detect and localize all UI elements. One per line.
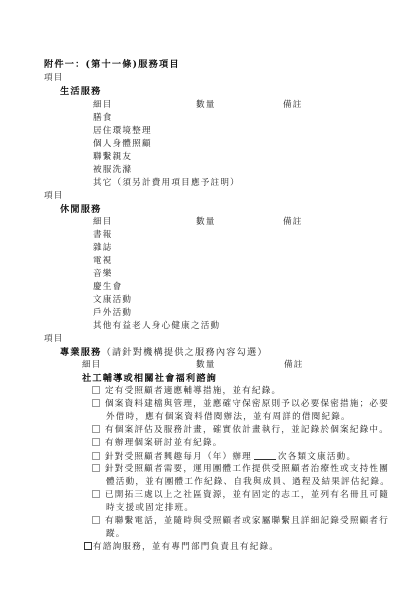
checklist-text-continuation: 時支援或固定排班。 xyxy=(106,502,194,515)
checkbox[interactable] xyxy=(92,516,100,524)
list-item: 雜誌 xyxy=(93,242,113,255)
item-label: 項目 xyxy=(44,190,64,203)
checkbox[interactable] xyxy=(92,399,100,407)
checklist-item: 有辦理個案研討並有紀錄。 xyxy=(92,437,223,450)
checklist-text: 有諮詢服務，並有專門部門負責且有紀錄。 xyxy=(93,542,279,552)
list-item: 戶外活動 xyxy=(93,307,132,320)
list-item: 膳食 xyxy=(93,112,113,125)
checkbox[interactable] xyxy=(92,490,100,498)
checklist-item: 針對受照顧者需要，運用團體工作提供受照顧者治療性或支持性團 xyxy=(92,463,389,476)
section-heading-professional-services: 專業服務（請針對機構提供之服務內容勾選） xyxy=(60,346,268,359)
checkbox[interactable] xyxy=(92,452,100,460)
checklist-text: 有個案評估及服務計畫，確實依計畫執行，並記錄於個案紀錄中。 xyxy=(105,425,389,435)
fill-in-blank[interactable] xyxy=(254,450,276,460)
column-header-quantity: 數量 xyxy=(196,216,216,229)
column-header-remark: 備註 xyxy=(283,216,303,229)
checklist-text: 個案資料建檔與管理，並應確守保密原則予以必要保密措施；必要 xyxy=(105,399,389,409)
column-header-item: 細目 xyxy=(93,216,113,229)
item-label: 項目 xyxy=(44,72,64,85)
checklist-item: 已開拓三處以上之社區資源，並有固定的志工，並列有名冊且可隨 xyxy=(92,489,389,502)
section-heading-note: （請針對機構提供之服務內容勾選） xyxy=(102,347,268,358)
checklist-text: 有辦理個案研討並有紀錄。 xyxy=(105,438,223,448)
checklist-text: 針對受照顧者需要，運用團體工作提供受照顧者治療性或支持性團 xyxy=(105,464,389,474)
checklist-text-continuation: 蹤。 xyxy=(106,528,126,541)
checklist-item: 定有受照顧者適應輔導措施，並有紀錄。 xyxy=(92,385,281,398)
checklist-item: 個案資料建檔與管理，並應確守保密原則予以必要保密措施；必要 xyxy=(92,398,389,411)
column-header-remark: 備註 xyxy=(284,359,304,372)
section-heading-leisure-services: 休閒服務 xyxy=(60,203,102,216)
list-item: 被服洗滌 xyxy=(93,164,132,177)
checkbox[interactable] xyxy=(84,542,92,550)
list-item: 電視 xyxy=(93,255,113,268)
list-item: 居住環境整理 xyxy=(93,125,152,138)
column-header-item: 細目 xyxy=(93,99,113,112)
checklist-text-continuation: 體活動，並有團體工作紀錄、自我與成員、過程及結果評估紀錄。 xyxy=(106,476,390,489)
column-header-quantity: 數量 xyxy=(196,359,216,372)
checklist-text: 有聯繫電話，並隨時與受照顧者或家屬聯繫且詳細記錄受照顧者行 xyxy=(105,516,389,526)
list-item: 書報 xyxy=(93,229,113,242)
checklist-text-continuation: 外借時，應有個案資料借閱辦法，並有周詳的借閱紀錄。 xyxy=(106,411,351,424)
checklist-item: 針對受照顧者興趣每月（年）辦理次各類文康活動。 xyxy=(92,450,356,464)
checklist-item-consultation: 有諮詢服務，並有專門部門負責且有紀錄。 xyxy=(84,541,279,554)
list-item: 聯繫親友 xyxy=(93,151,132,164)
checkbox[interactable] xyxy=(92,464,100,472)
section-heading-life-services: 生活服務 xyxy=(60,85,102,98)
checklist-text: 次各類文康活動。 xyxy=(278,452,356,462)
checklist-item: 有個案評估及服務計畫，確實依計畫執行，並記錄於個案紀錄中。 xyxy=(92,424,389,437)
item-label: 項目 xyxy=(44,333,64,346)
column-header-item: 細目 xyxy=(82,359,102,372)
checkbox[interactable] xyxy=(92,438,100,446)
list-item: 其它（須另計費用項目應予註明） xyxy=(93,177,240,190)
section-heading-text: 專業服務 xyxy=(60,347,102,358)
checklist-text: 定有受照顧者適應輔導措施，並有紀錄。 xyxy=(105,386,281,396)
subheading-social-work: 社工輔導或相關社會福利諮詢 xyxy=(82,372,217,385)
checklist-text: 已開拓三處以上之社區資源，並有固定的志工，並列有名冊且可隨 xyxy=(105,490,389,500)
list-item: 文康活動 xyxy=(93,294,132,307)
column-header-quantity: 數量 xyxy=(196,99,216,112)
list-item: 其他有益老人身心健康之活動 xyxy=(93,320,220,333)
list-item: 音樂 xyxy=(93,268,113,281)
checkbox[interactable] xyxy=(92,425,100,433)
document-title: 附件一：(第十一條)服務項目 xyxy=(44,58,180,71)
checklist-item: 有聯繫電話，並隨時與受照顧者或家屬聯繫且詳細記錄受照顧者行 xyxy=(92,515,389,528)
column-header-remark: 備註 xyxy=(283,99,303,112)
list-item: 個人身體照顧 xyxy=(93,138,152,151)
list-item: 慶生會 xyxy=(93,281,122,294)
checklist-text: 針對受照顧者興趣每月（年）辦理 xyxy=(105,452,252,462)
checkbox[interactable] xyxy=(92,386,100,394)
